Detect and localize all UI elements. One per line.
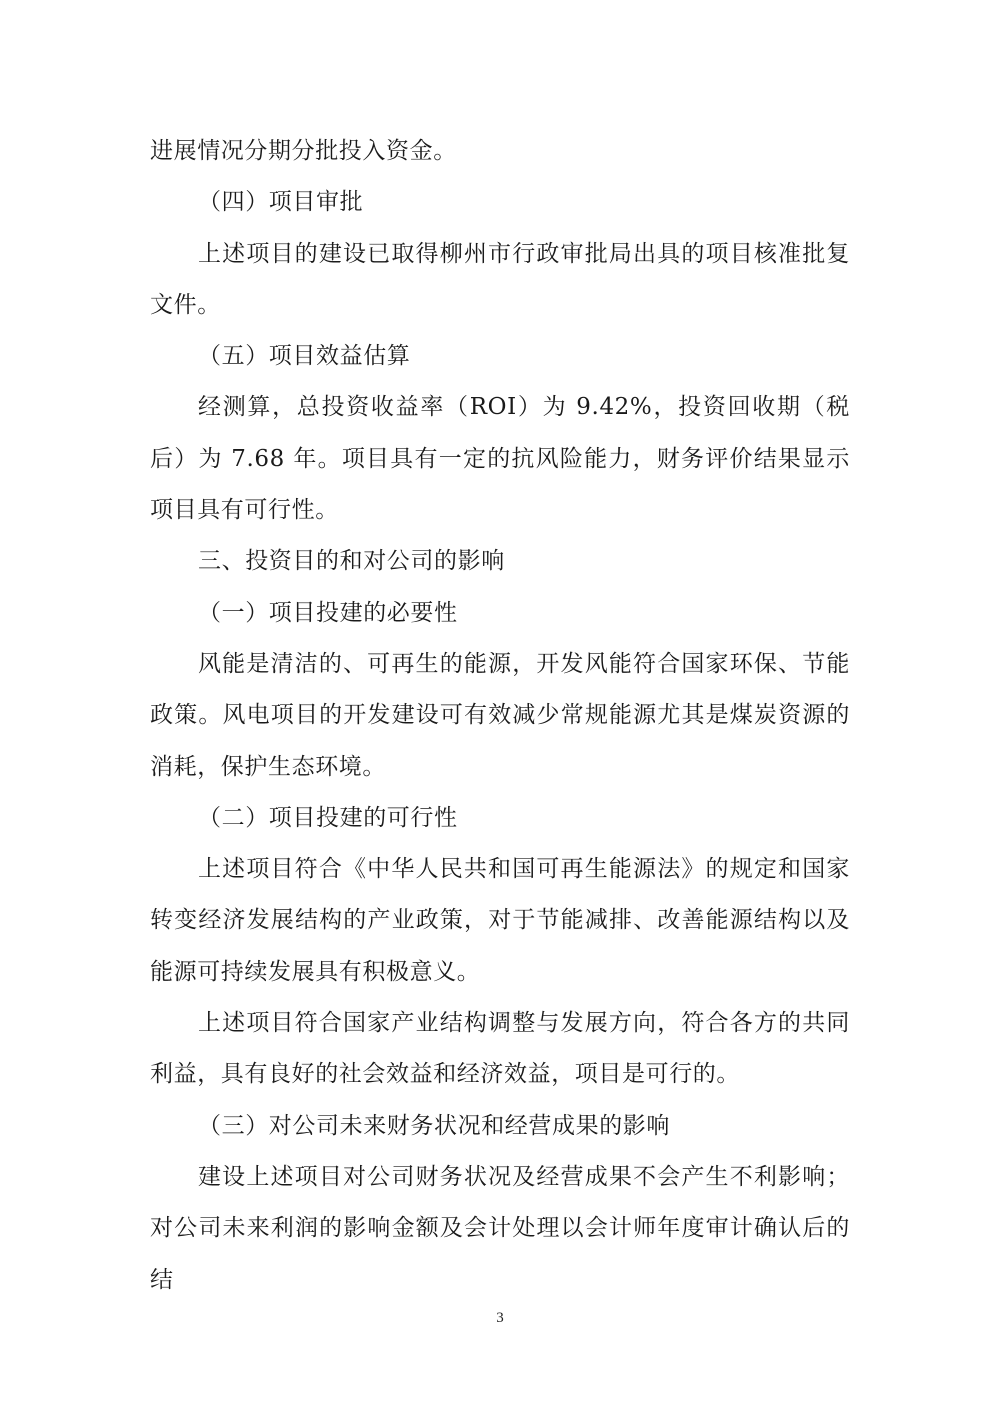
subheading-benefit-estimate: （五）项目效益估算 (150, 331, 850, 382)
page-number: 3 (0, 1310, 1000, 1327)
subheading-feasibility: （二）项目投建的可行性 (150, 793, 850, 844)
paragraph-approval: 上述项目的建设已取得柳州市行政审批局出具的项目核准批复文件。 (150, 229, 850, 332)
subheading-necessity: （一）项目投建的必要性 (150, 588, 850, 639)
paragraph-feasibility-interest: 上述项目符合国家产业结构调整与发展方向，符合各方的共同利益，具有良好的社会效益和… (150, 998, 850, 1101)
document-page: 进展情况分期分批投入资金。 （四）项目审批 上述项目的建设已取得柳州市行政审批局… (150, 126, 850, 1306)
paragraph-necessity: 风能是清洁的、可再生的能源，开发风能符合国家环保、节能政策。风电项目的开发建设可… (150, 639, 850, 793)
paragraph-benefit: 经测算，总投资收益率（ROI）为 9.42%，投资回收期（税后）为 7.68 年… (150, 382, 850, 536)
section-heading-investment-purpose: 三、投资目的和对公司的影响 (150, 536, 850, 587)
subheading-financial-impact: （三）对公司未来财务状况和经营成果的影响 (150, 1101, 850, 1152)
paragraph-feasibility-law: 上述项目符合《中华人民共和国可再生能源法》的规定和国家转变经济发展结构的产业政策… (150, 844, 850, 998)
paragraph-financial-impact: 建设上述项目对公司财务状况及经营成果不会产生不利影响；对公司未来利润的影响金额及… (150, 1152, 850, 1306)
subheading-project-approval: （四）项目审批 (150, 177, 850, 228)
paragraph-continuation: 进展情况分期分批投入资金。 (150, 126, 850, 177)
